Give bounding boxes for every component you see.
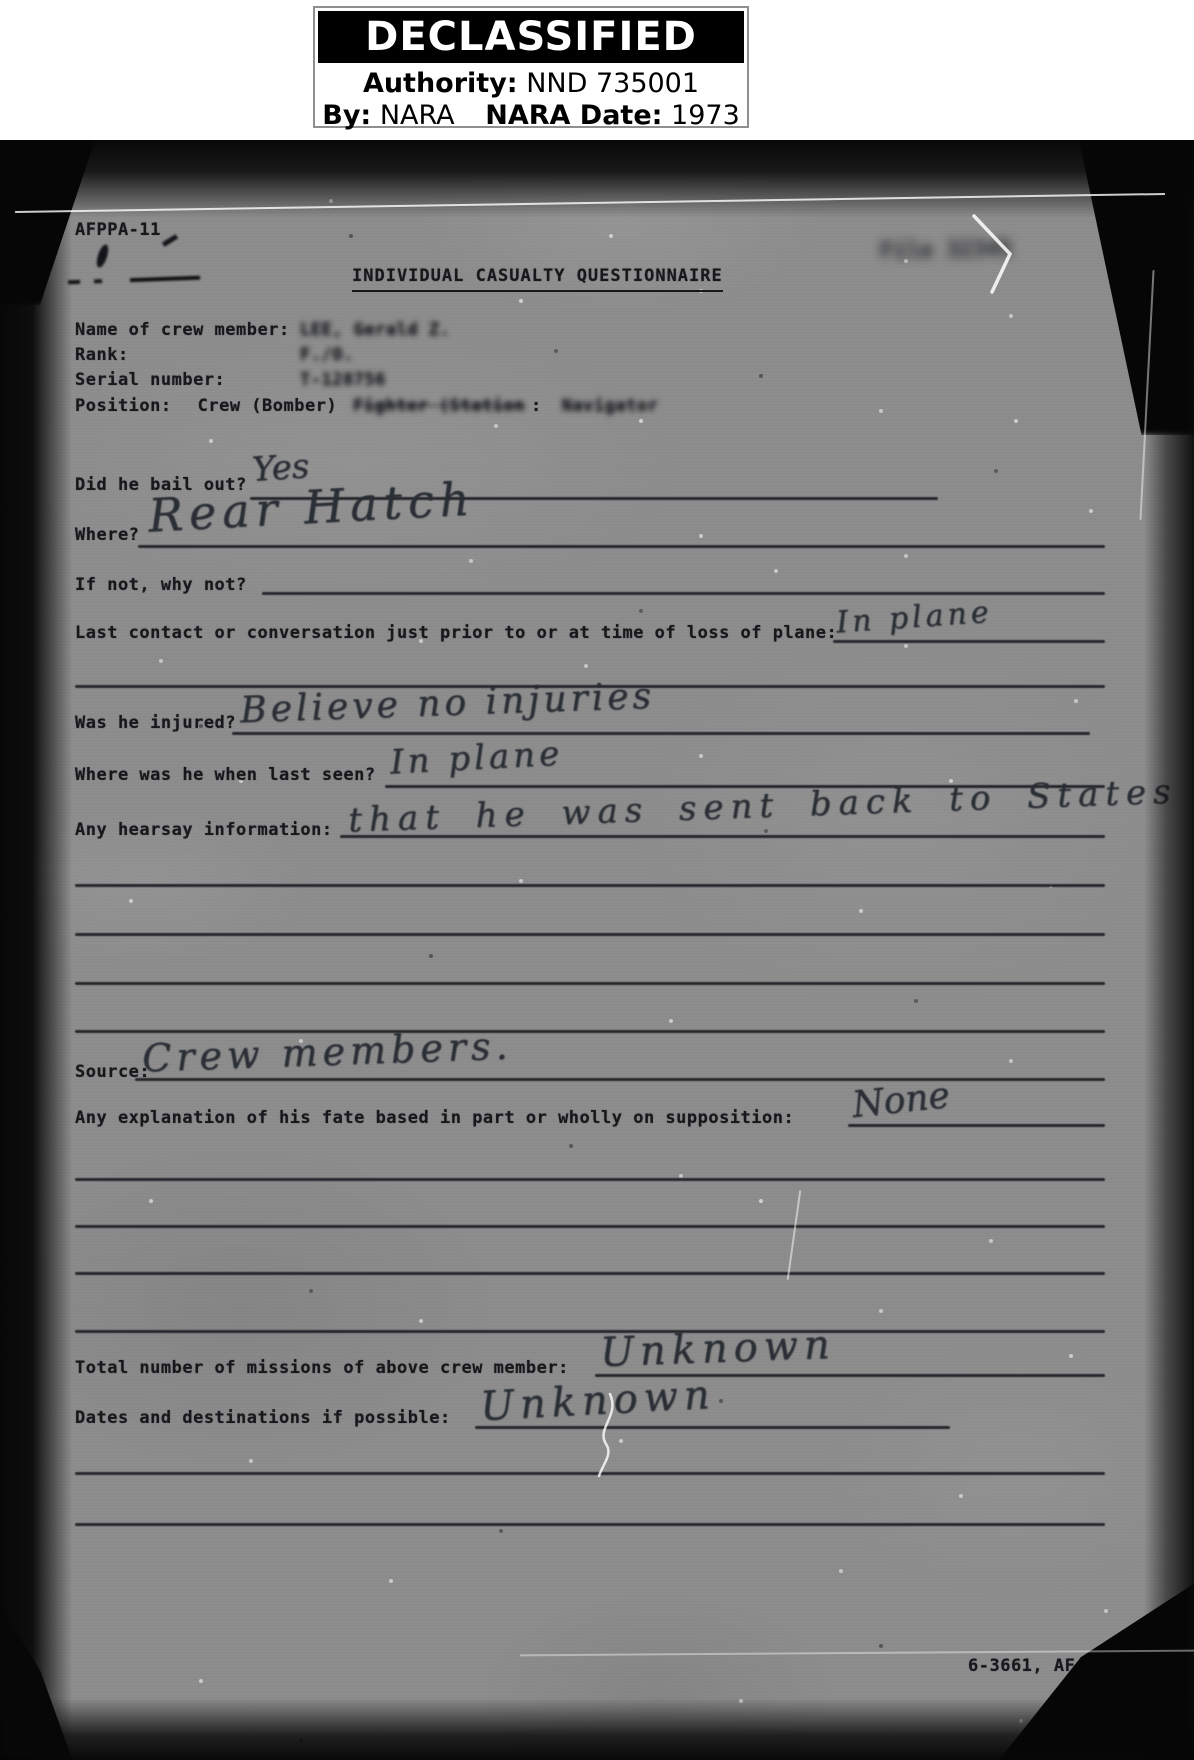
by-label: By: — [322, 100, 371, 131]
scanned-document-page: DECLASSIFIED Authority: NND 735001 By: N… — [0, 0, 1194, 1760]
serial-value-smudged: T-128756 — [300, 370, 386, 391]
scan-edge-top — [0, 140, 1194, 218]
source-label: Source: — [75, 1062, 150, 1083]
scratch-mark — [15, 193, 1165, 213]
serial-label: Serial number: — [75, 370, 225, 390]
explanation-label: Any explanation of his fate based in par… — [75, 1108, 794, 1129]
blank-line — [75, 1272, 1105, 1275]
last-contact-answer-handwriting: In plane — [835, 595, 994, 641]
rank-value-smudged: F./O. — [300, 345, 354, 366]
blank-line — [75, 1523, 1105, 1526]
dates-label: Dates and destinations if possible: — [75, 1408, 451, 1429]
dates-answer-handwriting: Unknown — [479, 1372, 717, 1430]
name-value-smudged: LEE, Gerald Z. — [300, 320, 450, 341]
authority-value: NND 735001 — [526, 68, 699, 99]
missions-answer-handwriting: Unknown — [599, 1322, 836, 1376]
declassified-title: DECLASSIFIED — [365, 14, 697, 60]
scan-edge-right — [1144, 140, 1194, 1760]
scan-corner-bottom-left — [0, 1605, 125, 1760]
blank-line — [75, 1225, 1105, 1228]
answer-line — [833, 640, 1105, 643]
blank-line — [75, 884, 1105, 887]
scan-edge-bottom — [0, 1698, 1194, 1760]
questionnaire-scan: AFPPA-11 INDIVIDUAL CASUALTY QUESTIONNAI… — [0, 140, 1194, 1760]
hearsay-answer-handwriting: that he was sent back to States — [348, 772, 1178, 841]
blank-line — [75, 982, 1105, 985]
scratch-mark — [1139, 270, 1154, 520]
missions-label: Total number of missions of above crew m… — [75, 1358, 569, 1379]
blank-line — [75, 1330, 1105, 1333]
nara-line: By: NARA NARA Date: 1973 — [315, 100, 747, 131]
explanation-answer-handwriting: None — [850, 1075, 951, 1126]
last-seen-answer-handwriting: In plane — [389, 733, 564, 782]
field-name: Name of crew member: LEE, Gerald Z. — [75, 320, 1075, 341]
position-smudged-value: Navigator — [562, 396, 659, 417]
ink-scribble — [162, 234, 178, 247]
scan-corner-top-right — [1069, 140, 1194, 435]
declassified-title-bar: DECLASSIFIED — [318, 11, 744, 63]
position-colon: : — [531, 396, 542, 417]
position-value: Crew (Bomber) — [198, 396, 338, 417]
blank-line — [75, 1472, 1105, 1475]
scan-corner-bottom-right — [999, 1515, 1194, 1760]
where-label: Where? — [75, 525, 139, 546]
nara-date-value: 1973 — [671, 100, 740, 131]
field-position: Position: Crew (Bomber) Fighter (Station… — [75, 396, 658, 417]
position-label: Position: — [75, 396, 172, 417]
authority-line: Authority: NND 735001 — [315, 68, 747, 99]
declassified-banner: DECLASSIFIED Authority: NND 735001 By: N… — [313, 6, 749, 128]
name-label: Name of crew member: — [75, 320, 290, 340]
answer-line — [138, 545, 1105, 548]
scratch-mark — [787, 1190, 802, 1279]
scratch-mark — [520, 1650, 1194, 1657]
last-contact-label: Last contact or conversation just prior … — [75, 623, 837, 644]
film-speckles-dark — [0, 140, 2, 142]
answer-line — [848, 1124, 1105, 1127]
last-seen-label: Where was he when last seen? — [75, 765, 376, 786]
by-value: NARA — [380, 100, 455, 131]
field-rank: Rank: F./O. — [75, 345, 1075, 366]
nara-date-label: NARA Date: — [485, 100, 662, 131]
position-struck-smudge: Fighter (Station — [353, 396, 525, 417]
ink-scribble — [95, 243, 111, 269]
footer-form-number: 6-3661, AF — [968, 1656, 1075, 1677]
ink-scribble — [68, 276, 200, 285]
answer-line — [135, 1078, 1105, 1081]
authority-label: Authority: — [363, 68, 518, 99]
blank-line — [75, 933, 1105, 936]
blank-line — [75, 1178, 1105, 1181]
illegible-file-stamp: File 32345 — [880, 237, 1013, 264]
answer-line — [232, 732, 1090, 735]
form-code: AFPPA-11 — [75, 220, 161, 241]
field-serial-number: Serial number: T-128756 — [75, 370, 1075, 391]
hearsay-label: Any hearsay information: — [75, 820, 333, 841]
scan-edge-left — [0, 140, 72, 1760]
form-title: INDIVIDUAL CASUALTY QUESTIONNAIRE — [352, 266, 723, 292]
rank-label: Rank: — [75, 345, 129, 365]
injured-label: Was he injured? — [75, 713, 236, 734]
if-not-label: If not, why not? — [75, 575, 247, 596]
